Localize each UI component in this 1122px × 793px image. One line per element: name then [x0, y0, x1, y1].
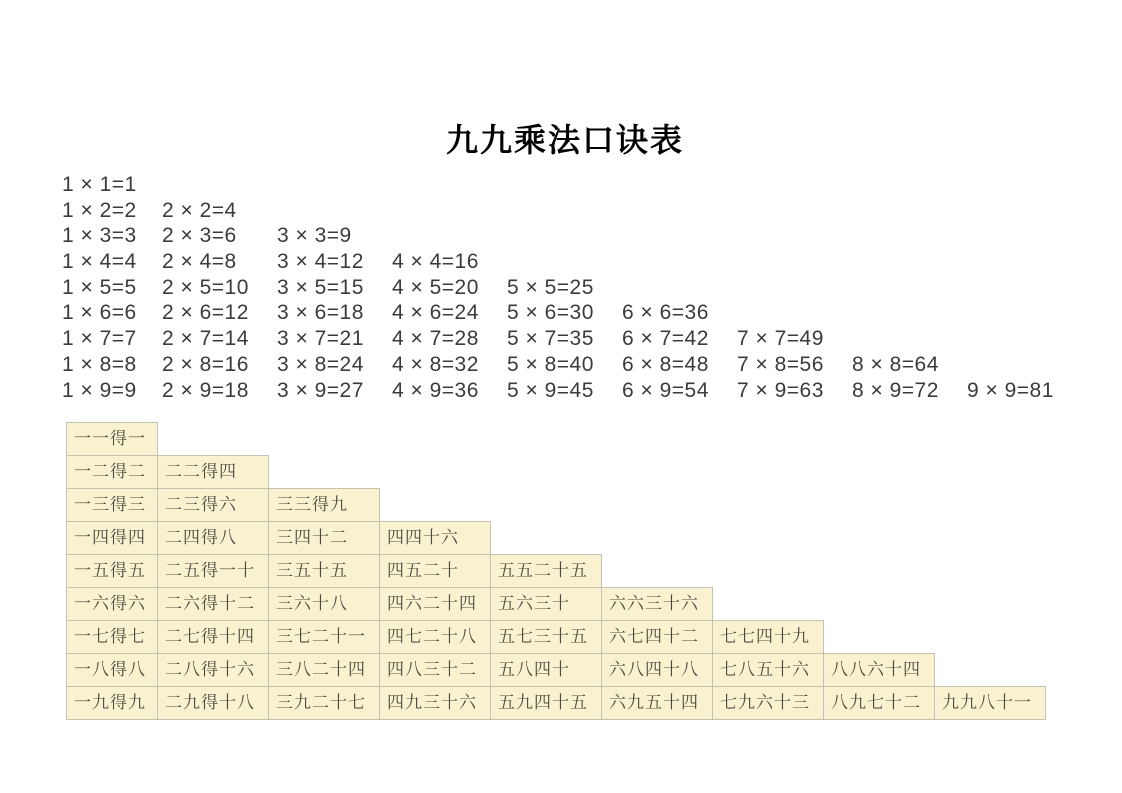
equation: 6 × 6=36 — [622, 300, 737, 326]
equation: 2 × 2=4 — [162, 198, 277, 224]
equation: 1 × 7=7 — [62, 326, 162, 352]
rhyme-row: 一八得八二八得十六三八二十四四八三十二五八四十六八四十八七八五十六八八六十四 — [66, 653, 1122, 687]
rhyme-cell: 一五得五 — [66, 554, 158, 588]
rhyme-cell: 七七四十九 — [712, 620, 824, 654]
rhyme-cell: 四六二十四 — [379, 587, 491, 621]
equations-section: 1 × 1=11 × 2=22 × 2=41 × 3=32 × 3=63 × 3… — [62, 172, 1122, 403]
rhyme-cell: 五九四十五 — [490, 686, 602, 720]
rhyme-row: 一五得五二五得一十三五十五四五二十五五二十五 — [66, 554, 1122, 588]
rhyme-row: 一二得二二二得四 — [66, 455, 1122, 489]
rhyme-cell: 一三得三 — [66, 488, 158, 522]
rhyme-cell: 三六十八 — [268, 587, 380, 621]
rhyme-row: 一一得一 — [66, 422, 1122, 456]
rhyme-cell: 二七得十四 — [157, 620, 269, 654]
equation: 4 × 5=20 — [392, 275, 507, 301]
page-title: 九九乘法口诀表 — [60, 0, 1070, 156]
equation: 4 × 4=16 — [392, 249, 507, 275]
equation-row: 1 × 2=22 × 2=4 — [62, 198, 1122, 224]
equation: 3 × 5=15 — [277, 275, 392, 301]
rhyme-cell: 二二得四 — [157, 455, 269, 489]
rhyme-cell: 四九三十六 — [379, 686, 491, 720]
rhyme-row: 一四得四二四得八三四十二四四十六 — [66, 521, 1122, 555]
rhyme-cell: 六七四十二 — [601, 620, 713, 654]
rhyme-cell: 四五二十 — [379, 554, 491, 588]
equation: 8 × 8=64 — [852, 352, 967, 378]
equation-row: 1 × 6=62 × 6=123 × 6=184 × 6=245 × 6=306… — [62, 300, 1122, 326]
equation: 1 × 8=8 — [62, 352, 162, 378]
rhyme-cell: 八八六十四 — [823, 653, 935, 687]
equation: 2 × 9=18 — [162, 378, 277, 404]
rhyme-cell: 三八二十四 — [268, 653, 380, 687]
equation: 8 × 9=72 — [852, 378, 967, 404]
rhyme-cell: 三七二十一 — [268, 620, 380, 654]
equation: 5 × 8=40 — [507, 352, 622, 378]
equation: 1 × 3=3 — [62, 223, 162, 249]
equation: 1 × 9=9 — [62, 378, 162, 404]
equation: 5 × 9=45 — [507, 378, 622, 404]
rhyme-table: 一一得一一二得二二二得四一三得三二三得六三三得九一四得四二四得八三四十二四四十六… — [66, 422, 1122, 720]
rhyme-cell: 六八四十八 — [601, 653, 713, 687]
equation: 3 × 3=9 — [277, 223, 392, 249]
equation-row: 1 × 8=82 × 8=163 × 8=244 × 8=325 × 8=406… — [62, 352, 1122, 378]
rhyme-cell: 四八三十二 — [379, 653, 491, 687]
equation: 3 × 6=18 — [277, 300, 392, 326]
equation: 3 × 8=24 — [277, 352, 392, 378]
equation: 5 × 6=30 — [507, 300, 622, 326]
rhyme-cell: 一九得九 — [66, 686, 158, 720]
equation: 2 × 5=10 — [162, 275, 277, 301]
equation: 6 × 7=42 — [622, 326, 737, 352]
equation: 1 × 1=1 — [62, 172, 162, 198]
rhyme-cell: 五六三十 — [490, 587, 602, 621]
rhyme-cell: 一六得六 — [66, 587, 158, 621]
equation: 4 × 8=32 — [392, 352, 507, 378]
equation: 5 × 7=35 — [507, 326, 622, 352]
rhyme-cell: 七九六十三 — [712, 686, 824, 720]
equation-row: 1 × 4=42 × 4=83 × 4=124 × 4=16 — [62, 249, 1122, 275]
equation: 4 × 6=24 — [392, 300, 507, 326]
rhyme-cell: 二六得十二 — [157, 587, 269, 621]
rhyme-cell: 三四十二 — [268, 521, 380, 555]
equation: 1 × 5=5 — [62, 275, 162, 301]
equation: 5 × 5=25 — [507, 275, 622, 301]
equation: 7 × 7=49 — [737, 326, 852, 352]
rhyme-cell: 三九二十七 — [268, 686, 380, 720]
rhyme-row: 一九得九二九得十八三九二十七四九三十六五九四十五六九五十四七九六十三八九七十二九… — [66, 686, 1122, 720]
equation: 2 × 4=8 — [162, 249, 277, 275]
equation: 2 × 7=14 — [162, 326, 277, 352]
rhyme-cell: 四七二十八 — [379, 620, 491, 654]
equation: 1 × 2=2 — [62, 198, 162, 224]
equation: 6 × 9=54 — [622, 378, 737, 404]
equation: 7 × 9=63 — [737, 378, 852, 404]
rhyme-row: 一七得七二七得十四三七二十一四七二十八五七三十五六七四十二七七四十九 — [66, 620, 1122, 654]
worksheet-page: 九九乘法口诀表 1 × 1=11 × 2=22 × 2=41 × 3=32 × … — [0, 0, 1122, 793]
rhyme-row: 一三得三二三得六三三得九 — [66, 488, 1122, 522]
equation: 3 × 9=27 — [277, 378, 392, 404]
rhyme-cell: 三三得九 — [268, 488, 380, 522]
rhyme-cell: 一七得七 — [66, 620, 158, 654]
rhyme-cell: 一四得四 — [66, 521, 158, 555]
rhyme-cell: 一二得二 — [66, 455, 158, 489]
rhyme-cell: 一一得一 — [66, 422, 158, 456]
rhyme-cell: 三五十五 — [268, 554, 380, 588]
equation: 2 × 8=16 — [162, 352, 277, 378]
rhyme-cell: 二八得十六 — [157, 653, 269, 687]
equation-row: 1 × 1=1 — [62, 172, 1122, 198]
rhyme-cell: 七八五十六 — [712, 653, 824, 687]
equation: 1 × 6=6 — [62, 300, 162, 326]
rhyme-cell: 九九八十一 — [934, 686, 1046, 720]
equation: 9 × 9=81 — [967, 378, 1082, 404]
rhyme-cell: 六六三十六 — [601, 587, 713, 621]
rhyme-cell: 二三得六 — [157, 488, 269, 522]
equation-row: 1 × 7=72 × 7=143 × 7=214 × 7=285 × 7=356… — [62, 326, 1122, 352]
rhyme-cell: 二四得八 — [157, 521, 269, 555]
rhyme-row: 一六得六二六得十二三六十八四六二十四五六三十六六三十六 — [66, 587, 1122, 621]
equation: 6 × 8=48 — [622, 352, 737, 378]
rhyme-cell: 二五得一十 — [157, 554, 269, 588]
equation-row: 1 × 5=52 × 5=103 × 5=154 × 5=205 × 5=25 — [62, 275, 1122, 301]
rhyme-cell: 六九五十四 — [601, 686, 713, 720]
equation-row: 1 × 9=92 × 9=183 × 9=274 × 9=365 × 9=456… — [62, 378, 1122, 404]
rhyme-cell: 一八得八 — [66, 653, 158, 687]
rhyme-cell: 五七三十五 — [490, 620, 602, 654]
equation-row: 1 × 3=32 × 3=63 × 3=9 — [62, 223, 1122, 249]
rhyme-cell: 五五二十五 — [490, 554, 602, 588]
rhyme-cell: 五八四十 — [490, 653, 602, 687]
equation: 3 × 7=21 — [277, 326, 392, 352]
rhyme-cell: 二九得十八 — [157, 686, 269, 720]
equation: 4 × 9=36 — [392, 378, 507, 404]
equation: 1 × 4=4 — [62, 249, 162, 275]
equation: 2 × 6=12 — [162, 300, 277, 326]
equation: 2 × 3=6 — [162, 223, 277, 249]
equation: 7 × 8=56 — [737, 352, 852, 378]
rhyme-cell: 八九七十二 — [823, 686, 935, 720]
equation: 4 × 7=28 — [392, 326, 507, 352]
rhyme-cell: 四四十六 — [379, 521, 491, 555]
equation: 3 × 4=12 — [277, 249, 392, 275]
